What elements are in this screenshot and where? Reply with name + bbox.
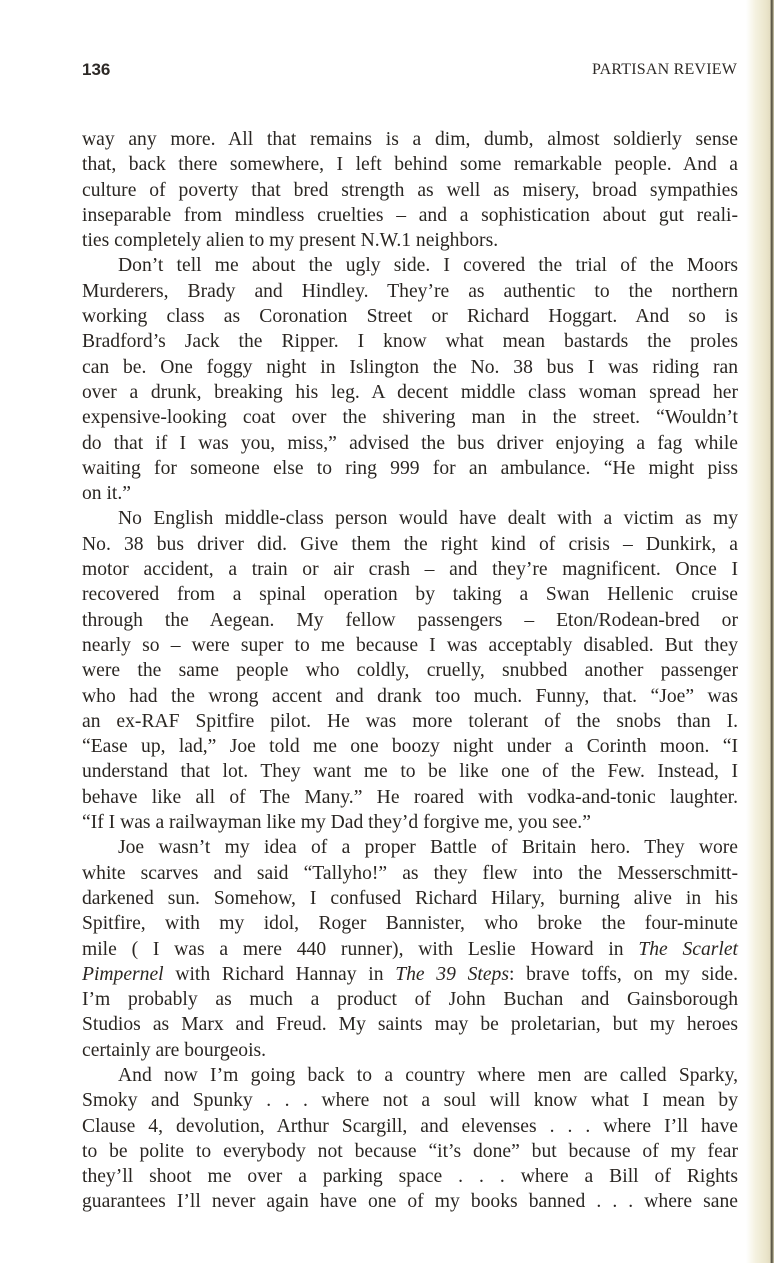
text-line: motor accident, a train or air crash – a… — [82, 557, 738, 582]
text-line: nearly so – were super to me because I w… — [82, 633, 738, 658]
text-line: Smoky and Spunky . . . where not a soul … — [82, 1088, 738, 1113]
text-line: Clause 4, devolution, Arthur Scargill, a… — [82, 1114, 738, 1139]
text-line: an ex-RAF Spitfire pilot. He was more to… — [82, 709, 738, 734]
text-line: And now I’m going back to a country wher… — [82, 1063, 738, 1088]
text-line: expensive-looking coat over the shiverin… — [82, 405, 738, 430]
text-line: Spitfire, with my idol, Roger Bannister,… — [82, 911, 738, 936]
text-line: behave like all of The Many.” He roared … — [82, 785, 738, 810]
text-line: Joe wasn’t my idea of a proper Battle of… — [82, 835, 738, 860]
paragraph: way any more. All that remains is a dim,… — [82, 127, 742, 253]
text-line: “Ease up, lad,” Joe told me one boozy ni… — [82, 734, 738, 759]
paragraph: And now I’m going back to a country wher… — [82, 1063, 742, 1215]
book-gutter-edge — [746, 0, 774, 1263]
text-line: “If I was a railwayman like my Dad they’… — [82, 810, 738, 835]
text-line: mile ( I was a mere 440 runner), with Le… — [82, 937, 738, 962]
film-title-italic: The Scarlet — [638, 939, 738, 960]
text-line: Murderers, Brady and Hindley. They’re as… — [82, 279, 738, 304]
text-line: way any more. All that remains is a dim,… — [82, 127, 738, 152]
paragraph: No English middle-class person would hav… — [82, 506, 742, 835]
text-line: over a drunk, breaking his leg. A decent… — [82, 380, 738, 405]
page-header: 136 PARTISAN REVIEW — [82, 60, 737, 84]
text-line: Studios as Marx and Freud. My saints may… — [82, 1012, 738, 1037]
text-line: ties completely alien to my present N.W.… — [82, 228, 738, 253]
paragraph: Joe wasn’t my idea of a proper Battle of… — [82, 835, 742, 1063]
text-line: do that if I was you, miss,” advised the… — [82, 431, 738, 456]
text-line: who had the wrong accent and drank too m… — [82, 684, 738, 709]
text-line: waiting for someone else to ring 999 for… — [82, 456, 738, 481]
text-line: on it.” — [82, 481, 738, 506]
film-title-italic: Pimpernel — [82, 964, 164, 985]
text-line: certainly are bourgeois. — [82, 1038, 738, 1063]
text-line: inseparable from mindless cruelties – an… — [82, 203, 738, 228]
text-run: with Richard Hannay in — [164, 964, 396, 985]
text-line: through the Aegean. My fellow passengers… — [82, 608, 738, 633]
text-line: can be. One foggy night in Islington the… — [82, 355, 738, 380]
text-line: were the same people who coldly, cruelly… — [82, 658, 738, 683]
text-run: : brave toffs, on my side. — [509, 964, 738, 985]
body-text: way any more. All that remains is a dim,… — [82, 127, 742, 1215]
text-line: No. 38 bus driver did. Give them the rig… — [82, 532, 738, 557]
text-line: culture of poverty that bred strength as… — [82, 178, 738, 203]
text-line: recovered from a spinal operation by tak… — [82, 582, 738, 607]
text-line: Don’t tell me about the ugly side. I cov… — [82, 253, 738, 278]
page-number: 136 — [82, 60, 110, 80]
text-line: guarantees I’ll never again have one of … — [82, 1189, 738, 1214]
text-line: they’ll shoot me over a parking space . … — [82, 1164, 738, 1189]
text-line: to be polite to everybody not because “i… — [82, 1139, 738, 1164]
text-line: understand that lot. They want me to be … — [82, 759, 738, 784]
text-line: that, back there somewhere, I left behin… — [82, 152, 738, 177]
text-line: darkened sun. Somehow, I confused Richar… — [82, 886, 738, 911]
text-line: Pimpernel with Richard Hannay in The 39 … — [82, 962, 738, 987]
text-line: working class as Coronation Street or Ri… — [82, 304, 738, 329]
text-run: mile ( I was a mere 440 runner), with Le… — [82, 939, 638, 960]
text-line: white scarves and said “Tallyho!” as the… — [82, 861, 738, 886]
text-line: I’m probably as much a product of John B… — [82, 987, 738, 1012]
text-line: No English middle-class person would hav… — [82, 506, 738, 531]
film-title-italic: The 39 Steps — [395, 964, 509, 985]
paragraph: Don’t tell me about the ugly side. I cov… — [82, 253, 742, 506]
running-head: PARTISAN REVIEW — [592, 61, 737, 79]
text-line: Bradford’s Jack the Ripper. I know what … — [82, 329, 738, 354]
